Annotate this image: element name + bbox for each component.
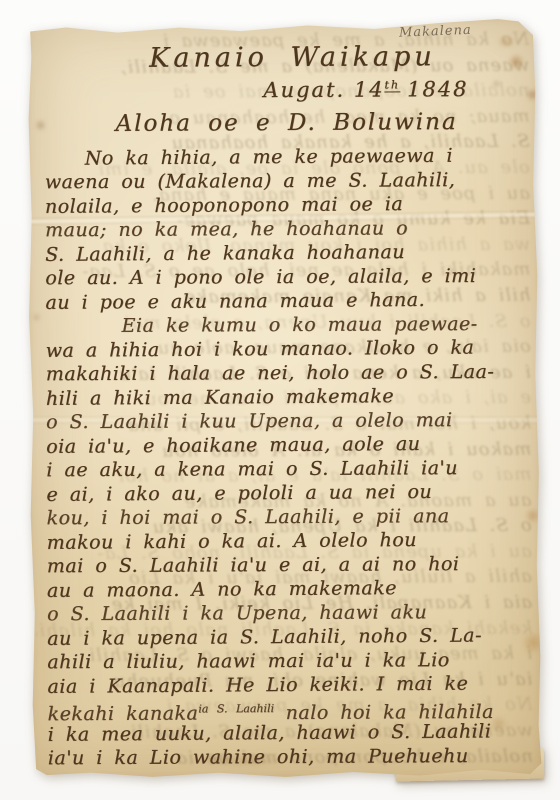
letter-line-text: No ka hihia, a me ke paewaewa i (85, 145, 453, 170)
letter-date-ordinal: th (384, 78, 400, 92)
letter-line: kekahi kanakaia S. Laahili nalo hoi ka h… (48, 696, 530, 723)
letter-line: o S. Laahili i ka Upena, haawi aku (47, 600, 529, 627)
letter-line: makou i kahi o ka ai. A olelo hou (47, 527, 529, 555)
letter-line: nolaila, e hooponopono mai oe ia (45, 191, 527, 219)
letter-line-text: waena ou (Makalena) a me S. Laahili, (45, 169, 456, 193)
letter-page: No ka hihia, a me ke paewaewa iwaena ou … (25, 17, 543, 782)
letter-line-text: wa a hihia hoi i kou manao. Iloko o ka (46, 337, 475, 362)
letter-line-text: ia'u i ka Lio wahine ohi, ma Puehuehu (48, 745, 469, 769)
letter-line: au i ka upena ia S. Laahili, noho S. La- (47, 623, 529, 651)
letter-line: No ka hihia, a me ke paewaewa i (45, 143, 527, 171)
letter-line-text: ole au. A i pono ole ia oe, alaila, e im… (45, 265, 476, 289)
archivist-annotation: Makalena (399, 23, 472, 41)
letter-line-text: S. Laahili, a he kanaka hoahanau (45, 241, 405, 266)
letter-line-text: aia i Kaanapali. He Lio keiki. I mai ke (47, 673, 468, 698)
letter-line: kou, i hoi mai o S. Laahili, e pii ana (47, 504, 529, 531)
letter-line-text: hili a hiki ma Kanaio makemake (46, 385, 394, 410)
letter-line-text: makou i kahi o ka ai. A olelo hou (47, 529, 417, 554)
letter-line-text: mai o S. Laahili ia'u e ai, a ai no hoi (47, 553, 460, 577)
letter-date-year: 1848 (407, 77, 469, 101)
letter-content: Makalena Kanaio Waikapu Augat. 14th1848 … (25, 17, 543, 782)
letter-line-text: i ka mea uuku, alaila, haawi o S. Laahil… (48, 720, 492, 745)
letter-line-text: o S. Laahili i ka Upena, haawi aku (47, 601, 427, 625)
letter-line: au a maona. A no ka makemake (47, 575, 529, 603)
letter-line-text: o S. Laahili i kuu Upena, a olelo mai (46, 409, 453, 433)
letter-line: oia ia'u, e hoaikane maua, aole au (46, 431, 528, 459)
letter-line: maua; no ka mea, he hoahanau o (45, 216, 527, 243)
letter-line-text: oia ia'u, e hoaikane maua, aole au (46, 433, 420, 458)
letter-line: Eia ke kumu o ko maua paewae- (46, 312, 528, 339)
letter-body: No ka hihia, a me ke paewaewa iwaena ou … (45, 144, 530, 771)
letter-line: ole au. A i pono ole ia oe, alaila, e im… (45, 264, 527, 291)
letter-line-text: e ai, i ako au, e pololi a ua nei ou (46, 481, 432, 506)
letter-line-text: Eia ke kumu o ko maua paewae- (122, 313, 478, 337)
letter-line: i ae aku, a kena mai o S. Laahili ia'u (46, 456, 528, 483)
scanned-letter: No ka hihia, a me ke paewaewa iwaena ou … (0, 0, 560, 800)
scan-background: No ka hihia, a me ke paewaewa iwaena ou … (0, 0, 560, 800)
letter-line-text: makahiki i hala ae nei, holo ae o S. Laa… (46, 361, 495, 385)
letter-line: mai o S. Laahili ia'u e ai, a ai no hoi (47, 552, 529, 579)
letter-line-text: nolaila, e hooponopono mai oe ia (45, 193, 403, 218)
interlinear-insertion: ia S. Laahili (198, 702, 274, 715)
letter-line: makahiki i hala ae nei, holo ae o S. Laa… (46, 360, 528, 387)
letter-salutation: Aloha oe e D. Boluwina (115, 109, 457, 137)
letter-line-text: au i ka upena ia S. Laahili, noho S. La- (47, 624, 482, 649)
letter-line-text: ahili a liuliu, haawi mai ia'u i ka Lio (47, 649, 449, 673)
letter-line-text: au i poe e aku nana maua e hana. (45, 289, 425, 314)
letter-line: au i poe e aku nana maua e hana. (45, 287, 527, 315)
letter-line: aia i Kaanapali. He Lio keiki. I mai ke (47, 671, 529, 699)
letter-line: ahili a liuliu, haawi mai ia'u i ka Lio (47, 648, 529, 675)
letter-dateline: Augat. 14th1848 (263, 77, 468, 102)
letter-line: S. Laahili, a he kanaka hoahanau (45, 239, 527, 267)
letter-line: o S. Laahili i kuu Upena, a olelo mai (46, 408, 528, 435)
letter-date-day: Augat. 14 (263, 77, 384, 102)
letter-line-text: kou, i hoi mai o S. Laahili, e pii ana (47, 505, 450, 529)
letter-placeline: Kanaio Waikapu (149, 41, 436, 73)
letter-line-text: maua; no ka mea, he hoahanau o (45, 217, 408, 241)
letter-line: ia'u i ka Lio wahine ohi, ma Puehuehu (48, 744, 530, 771)
letter-line: hili a hiki ma Kanaio makemake (46, 383, 528, 411)
letter-line-text: au a maona. A no ka makemake (47, 577, 397, 602)
letter-line-text: i ae aku, a kena mai o S. Laahili ia'u (46, 457, 458, 481)
letter-line: i ka mea uuku, alaila, haawi o S. Laahil… (48, 719, 530, 747)
letter-line: wa a hihia hoi i kou manao. Iloko o ka (46, 335, 528, 363)
letter-line: waena ou (Makalena) a me S. Laahili, (45, 168, 527, 195)
letter-line: e ai, i ako au, e pololi a ua nei ou (46, 479, 528, 507)
